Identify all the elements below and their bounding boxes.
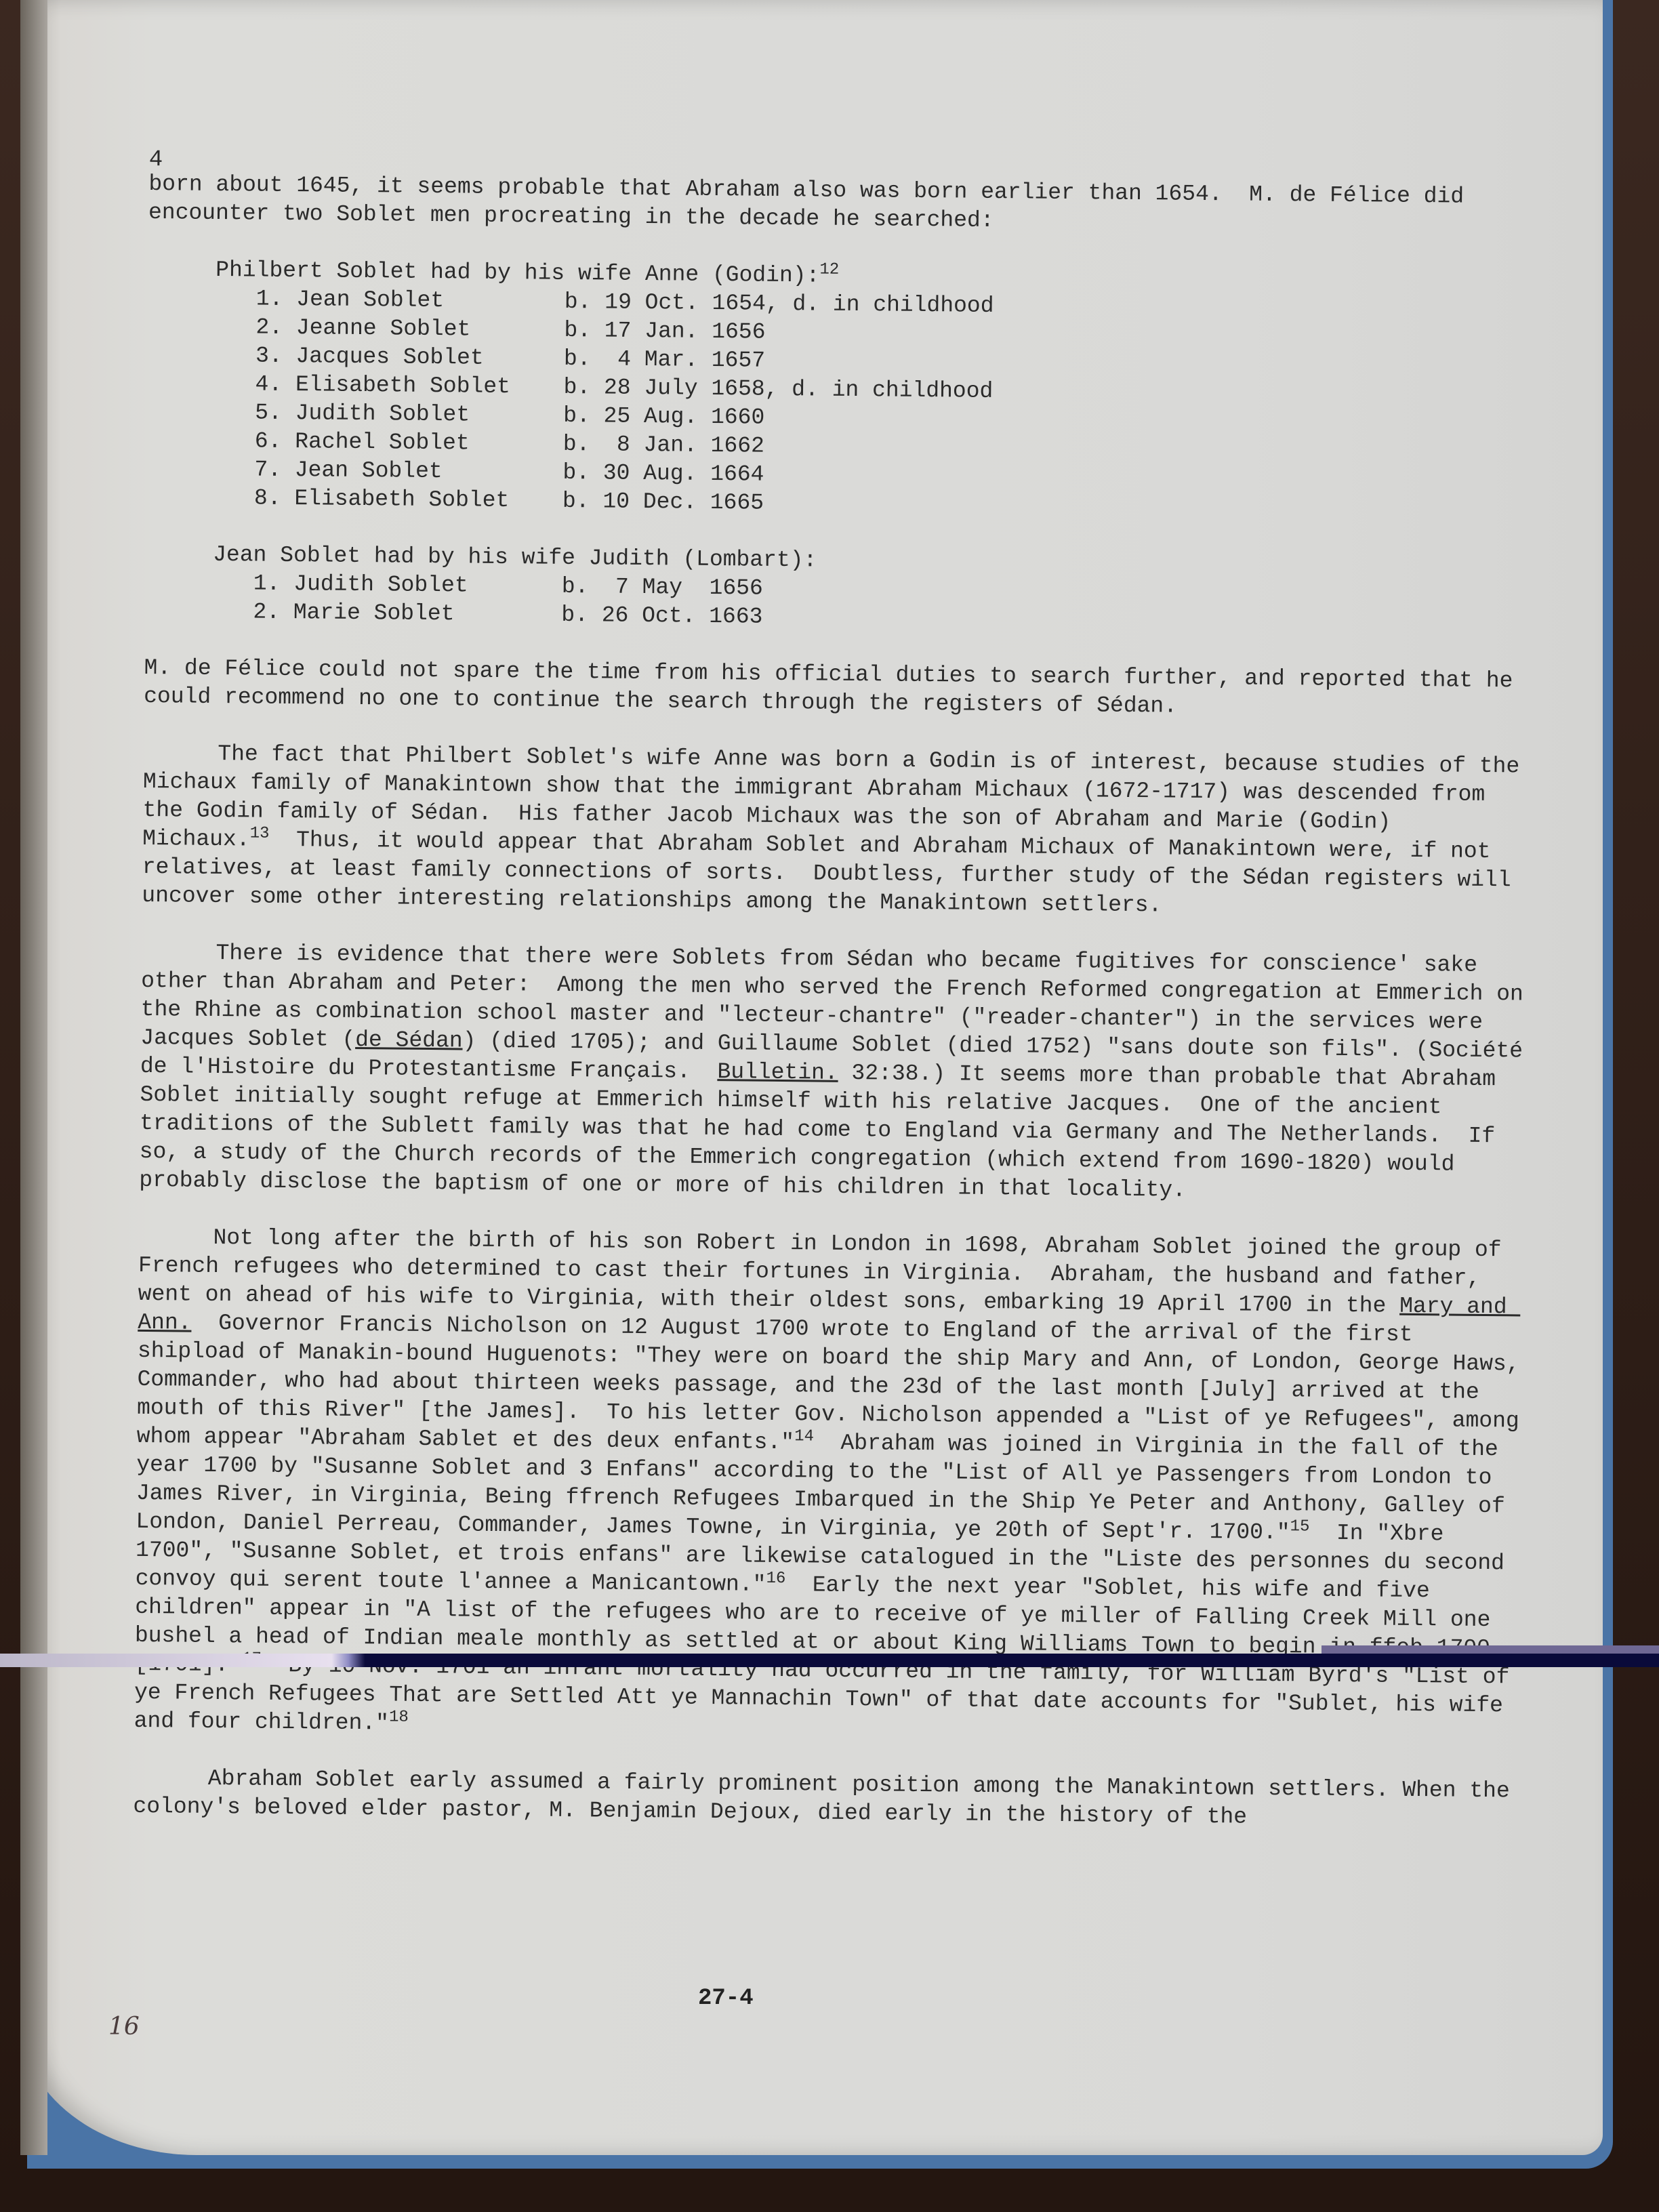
footnote-ref: 12	[819, 261, 839, 279]
handwritten-margin-note: 16	[108, 2013, 140, 2041]
footnote-ref: 18	[389, 1708, 409, 1727]
image-artifact	[0, 1654, 1659, 1667]
footnote-ref: 14	[794, 1427, 814, 1446]
paragraph-virginia: Not long after the birth of his son Robe…	[134, 1223, 1521, 1749]
paragraph-godin: The fact that Philbert Soblet's wife Ann…	[142, 739, 1525, 924]
paragraph-felice: M. de Félice could not spare the time fr…	[144, 654, 1527, 724]
footnote-ref: 13	[250, 824, 270, 842]
paragraph-final: Abraham Soblet early assumed a fairly pr…	[133, 1764, 1516, 1835]
footnote-ref: 15	[1290, 1517, 1309, 1536]
paragraph-emmerich: There is evidence that there were Soblet…	[139, 939, 1524, 1208]
page-text: 4 born about 1645, it seems probable tha…	[133, 146, 1532, 1862]
family-list-philbert: Philbert Soblet had by his wife Anne (Go…	[146, 255, 1531, 525]
footer-page-number: 27-4	[698, 1986, 754, 2011]
family-list-jean: Jean Soblet had by his wife Judith (Lomb…	[144, 540, 1528, 639]
footnote-ref: 16	[766, 1570, 785, 1588]
page-gutter	[20, 0, 47, 2155]
